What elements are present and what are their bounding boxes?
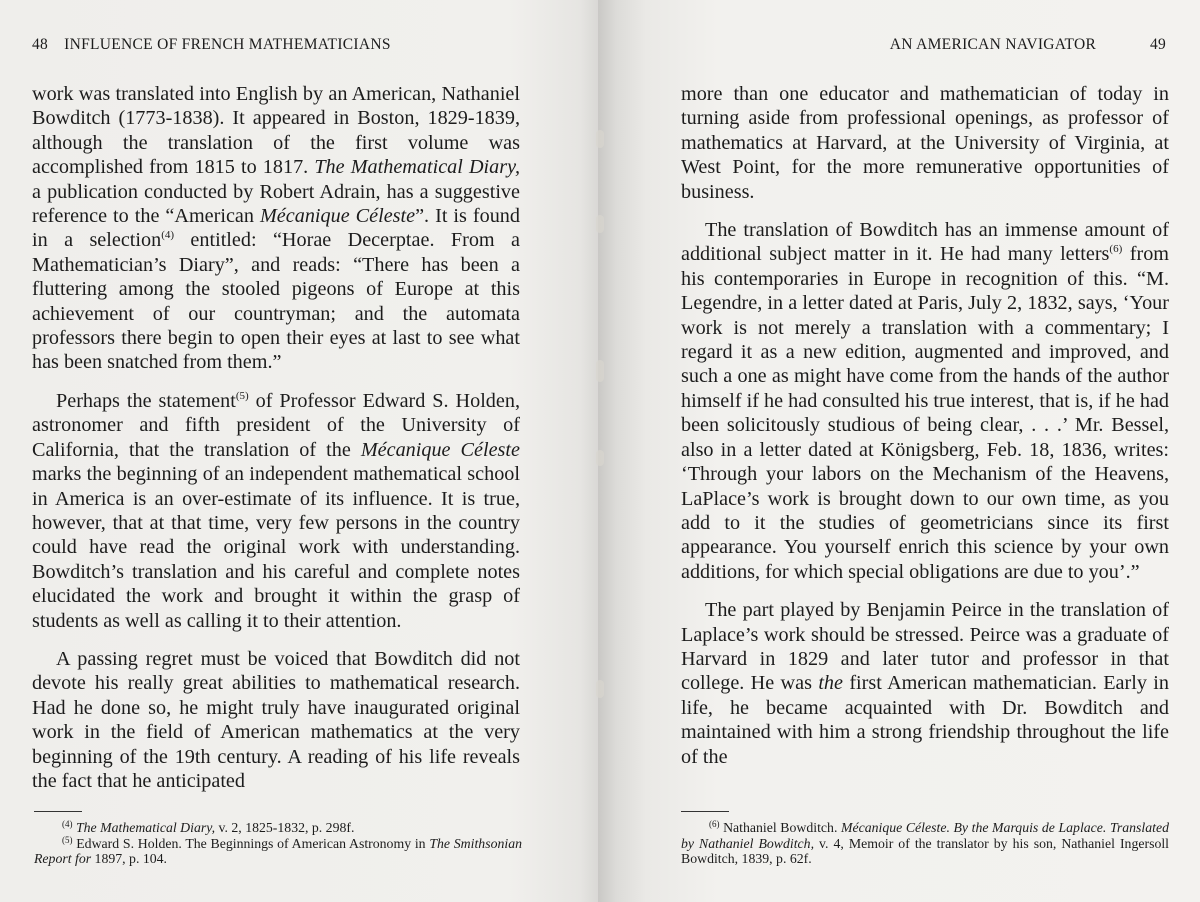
gutter-blemish — [596, 130, 604, 148]
footnote-marker: (4) — [62, 819, 73, 829]
footnote-rule — [34, 811, 82, 812]
right-body-text: more than one educator and mathematician… — [681, 82, 1169, 769]
running-head-title: AN AMERICAN NAVIGATOR — [798, 36, 1188, 54]
italic-text: The Mathematical Diary, — [76, 820, 215, 835]
italic-text: Mécanique Céleste — [361, 439, 520, 461]
paragraph: (6) Nathaniel Bowditch. Mécanique Célest… — [681, 820, 1169, 867]
book-spread: 48 INFLUENCE OF FRENCH MATHEMATICIANS wo… — [0, 0, 1200, 902]
right-footnotes: (6) Nathaniel Bowditch. Mécanique Célest… — [681, 820, 1169, 867]
footnote-marker: (4) — [161, 229, 174, 241]
text-run: Perhaps the statement — [56, 390, 236, 412]
paragraph: A passing regret must be voiced that Bow… — [32, 647, 520, 793]
gutter-blemish — [596, 680, 604, 698]
text-run: more than one educator and mathematician… — [681, 83, 1169, 203]
left-footnotes: (4) The Mathematical Diary, v. 2, 1825-1… — [34, 820, 522, 867]
page-number: 49 — [1150, 36, 1166, 54]
gutter-blemish — [596, 215, 604, 233]
running-head-title: INFLUENCE OF FRENCH MATHEMATICIANS — [64, 36, 391, 54]
page-number: 48 — [32, 36, 48, 54]
paragraph: (4) The Mathematical Diary, v. 2, 1825-1… — [34, 820, 522, 836]
footnote-marker: (6) — [1109, 243, 1122, 255]
footnote-rule — [681, 811, 729, 812]
text-run: A passing regret must be voiced that Bow… — [32, 648, 520, 792]
text-run: 1897, p. 104. — [91, 851, 167, 866]
left-body-text: work was translated into English by an A… — [32, 82, 520, 793]
italic-text: the — [818, 672, 843, 694]
italic-text: The Mathematical Diary, — [314, 156, 520, 178]
left-running-head: 48 INFLUENCE OF FRENCH MATHEMATICIANS — [32, 36, 391, 54]
paragraph: more than one educator and mathematician… — [681, 82, 1169, 204]
paragraph: Perhaps the statement(5) of Professor Ed… — [32, 389, 520, 633]
text-run: The translation of Bowditch has an immen… — [681, 219, 1169, 265]
left-page: 48 INFLUENCE OF FRENCH MATHEMATICIANS wo… — [0, 0, 598, 902]
text-run: from his contemporaries in Europe in rec… — [681, 243, 1169, 582]
paragraph: The translation of Bowditch has an immen… — [681, 218, 1169, 584]
paragraph: work was translated into English by an A… — [32, 82, 520, 375]
footnote-marker: (6) — [709, 819, 720, 829]
paragraph: (5) Edward S. Holden. The Beginnings of … — [34, 836, 522, 867]
footnote-marker: (5) — [236, 390, 249, 402]
text-run: marks the beginning of an independent ma… — [32, 463, 520, 631]
right-running-head: AN AMERICAN NAVIGATOR 49 — [798, 36, 1168, 54]
italic-text: Mécanique Céleste — [260, 205, 415, 227]
paragraph: The part played by Benjamin Peirce in th… — [681, 598, 1169, 769]
text-run: Edward S. Holden. The Beginnings of Amer… — [73, 836, 430, 851]
gutter-blemish — [596, 450, 604, 466]
text-run: Nathaniel Bowditch. — [720, 820, 841, 835]
gutter-blemish — [596, 360, 604, 382]
text-run: v. 2, 1825-1832, p. 298f. — [215, 820, 354, 835]
footnote-marker: (5) — [62, 835, 73, 845]
